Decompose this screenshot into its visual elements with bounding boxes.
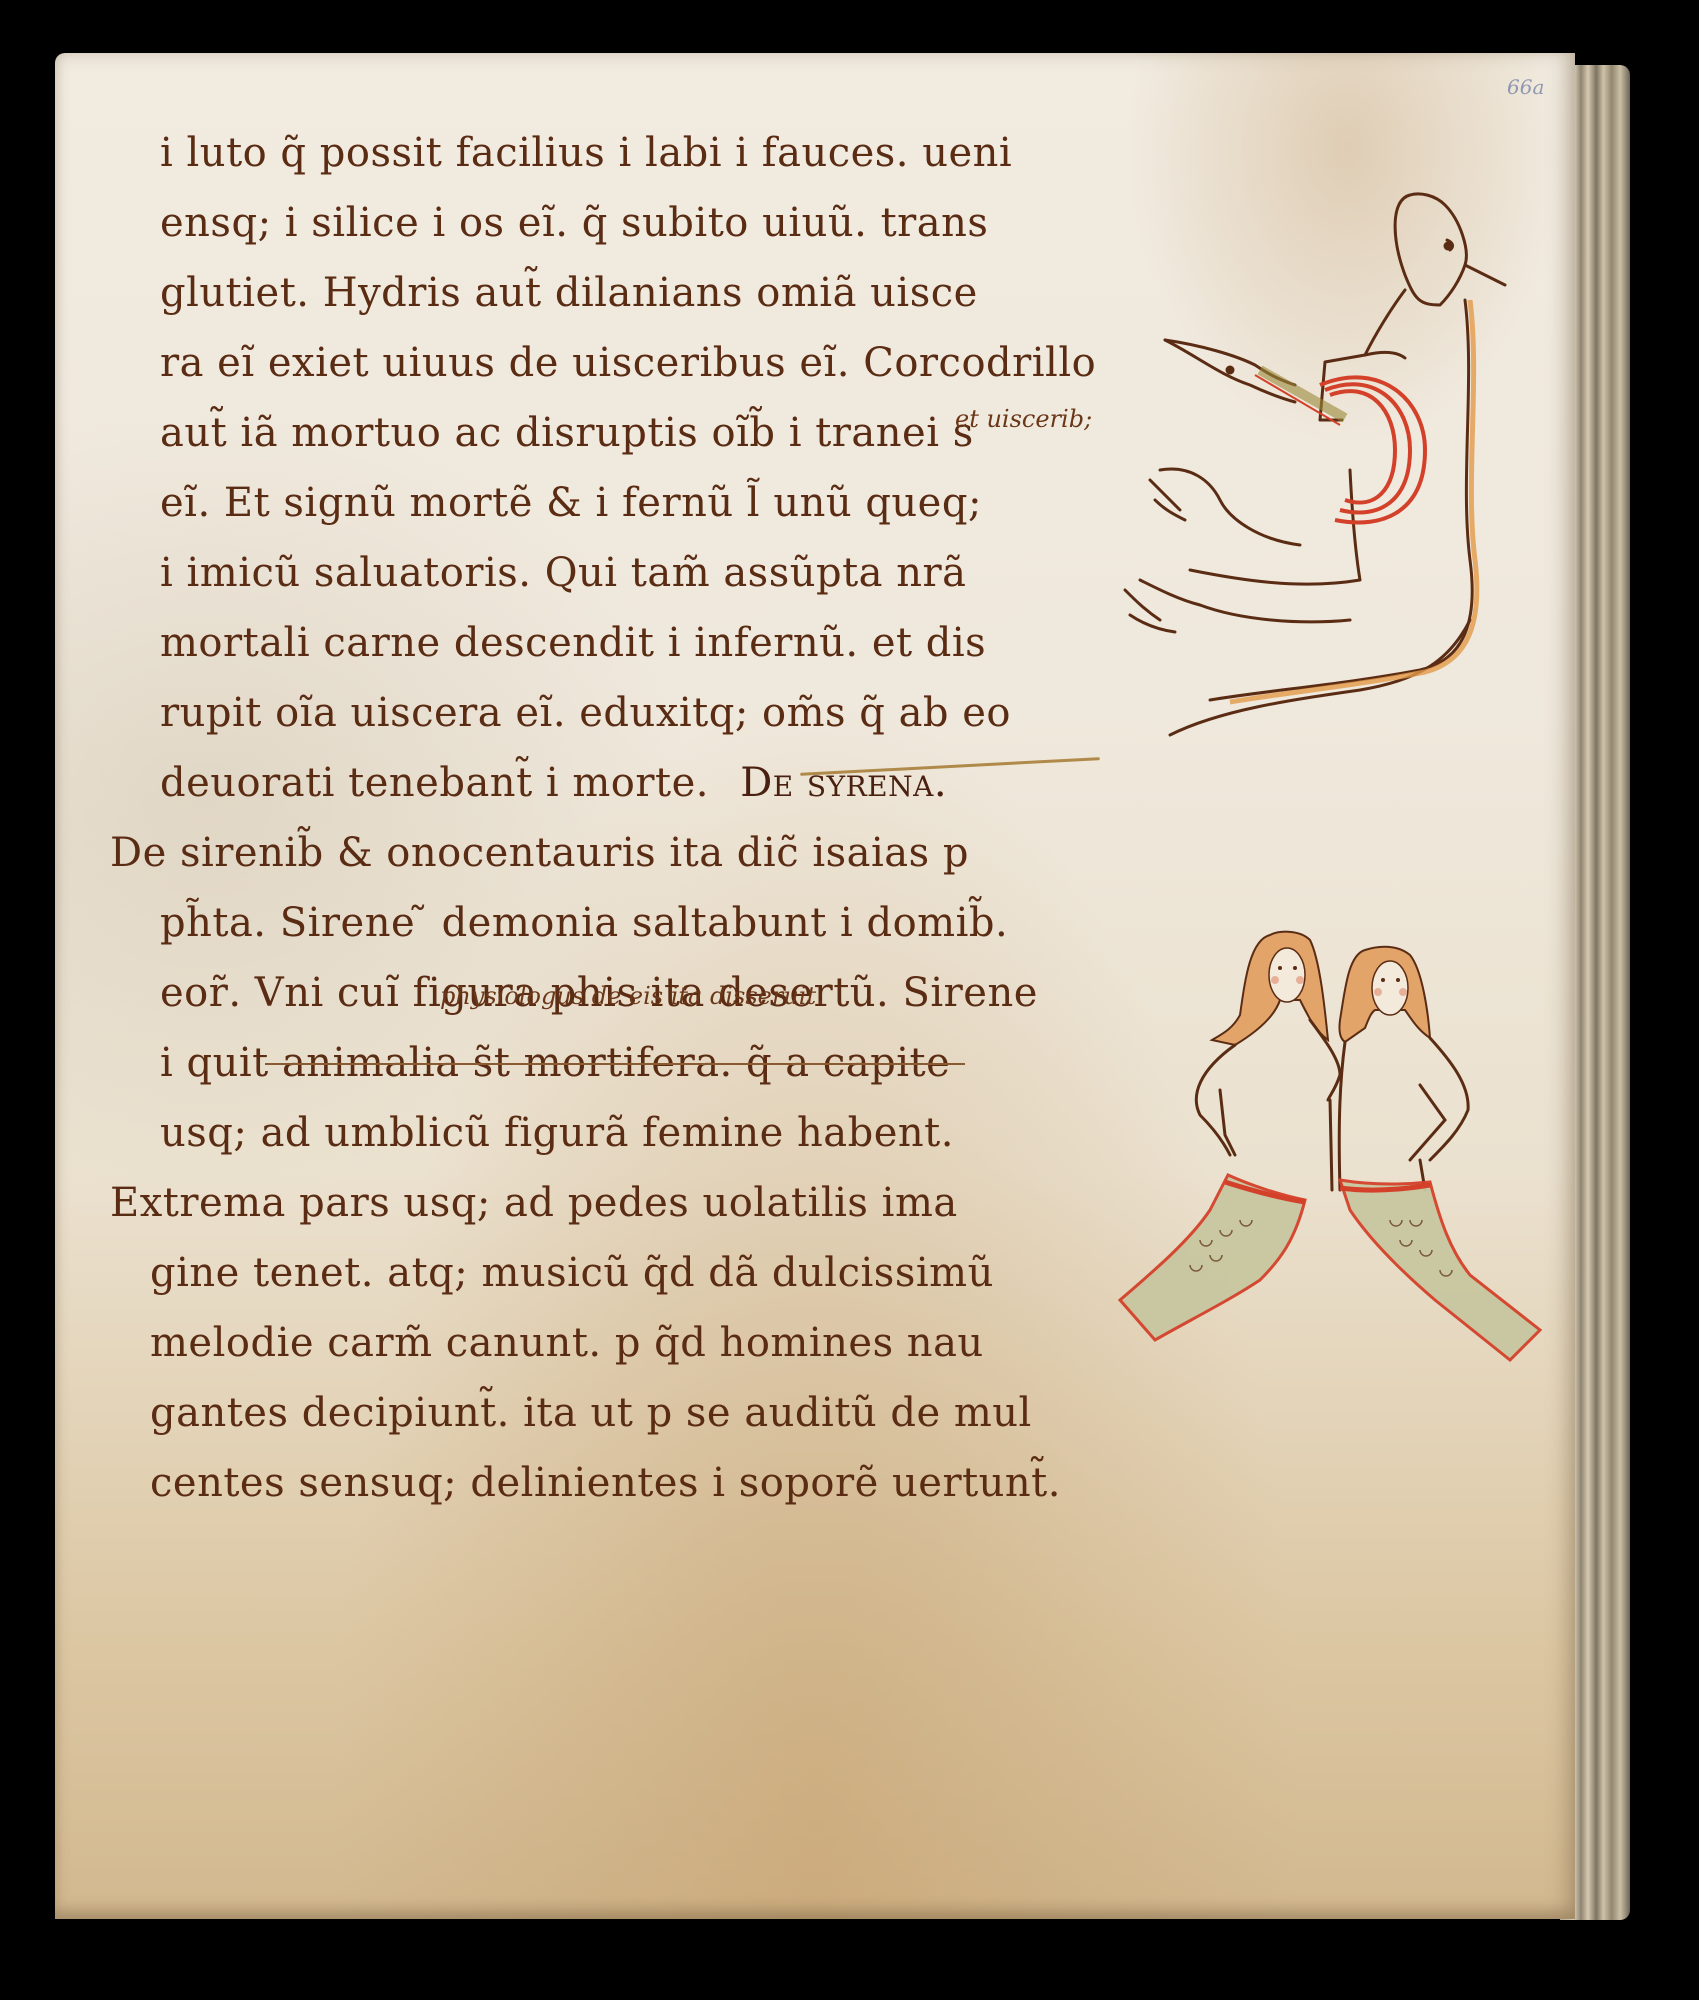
text-line: ra eĩ exiet uiuus de uisceribus eĩ. Co… — [110, 328, 1160, 398]
text-line: ensq; i silice i os eĩ. q̃ subito uiuũ… — [110, 188, 1160, 258]
interlinear-gloss: et uiscerib; — [955, 405, 1092, 433]
text-line-segment: deuorati tenebant̃ i morte. — [160, 760, 709, 806]
text-line: i imicũ saluatoris. Qui tam̃ assũpta n… — [110, 538, 1160, 608]
text-line: eĩ. Et signũ mortẽ & i fernũ l̃ unũ… — [110, 468, 1160, 538]
text-line: centes sensuq; delinientes i soporẽ uer… — [110, 1448, 1160, 1518]
text-line-with-heading: deuorati tenebant̃ i morte. De syrena. — [110, 748, 1160, 818]
text-line: rupit oĩa uiscera eĩ. eduxitq; om̃s q̃… — [110, 678, 1160, 748]
text-line: usq; ad umblicũ figurã femine habent. — [110, 1098, 1160, 1168]
sirens-illustration — [1100, 920, 1580, 1400]
hydrus-crocodile-illustration — [1120, 180, 1560, 860]
text-line: mortali carne descendit i infernũ. et d… — [110, 608, 1160, 678]
folio-number: 66a — [1507, 75, 1544, 99]
manuscript-text-block: i luto q̃ possit facilius i labi i fauce… — [110, 118, 1160, 1518]
text-line: gine tenet. atq; musicũ q̃d dã dulciss… — [110, 1238, 1160, 1308]
interlinear-gloss: physiologus de eis ita disseruit. — [440, 982, 824, 1010]
text-line: i luto q̃ possit facilius i labi i fauce… — [110, 118, 1160, 188]
text-line: gantes decipiunt̃. ita ut p se auditũ d… — [110, 1378, 1160, 1448]
text-line: ph̃ta. Sirene ̃ demonia saltabunt i domi… — [110, 888, 1160, 958]
text-line-initial: De sirenib̃ & onocentauris ita dic̃ isai… — [110, 818, 1160, 888]
text-line: glutiet. Hydris aut̃ dilanians omiã uis… — [110, 258, 1160, 328]
text-line: Extrema pars usq; ad pedes uolatilis ima — [110, 1168, 1160, 1238]
text-line: melodie carm̃ canunt. p q̃d homines nau — [110, 1308, 1160, 1378]
underline-rule — [265, 1063, 965, 1065]
